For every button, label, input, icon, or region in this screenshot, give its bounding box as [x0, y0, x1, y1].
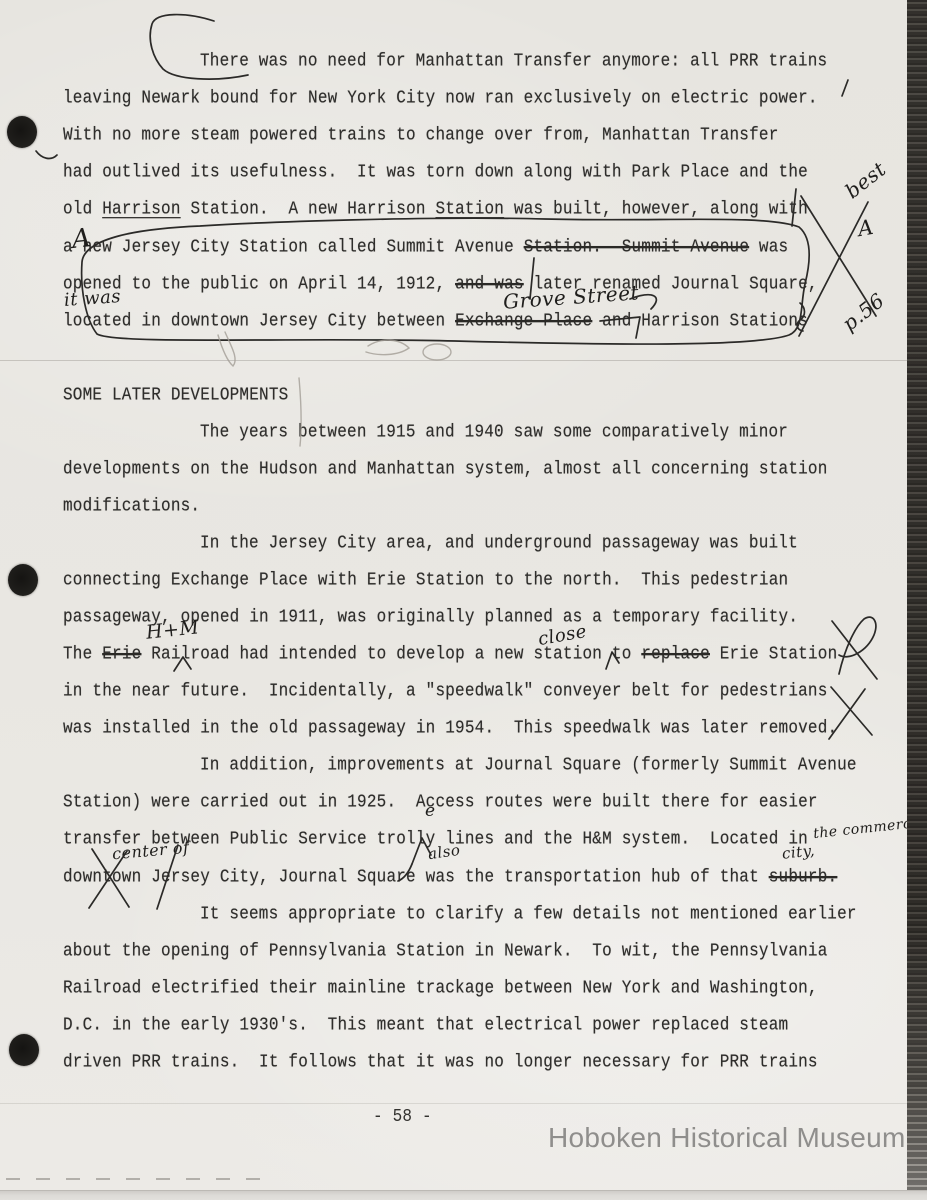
insertion-stroke-later [530, 258, 534, 299]
slash-through-downtown [157, 845, 178, 909]
scan-edge-right [907, 0, 927, 1200]
margin-tick [792, 189, 796, 226]
margin-loop-slash [832, 621, 877, 679]
caret-after-station [606, 652, 619, 669]
smudge-blob [366, 340, 409, 354]
small-oval-mark [423, 344, 451, 360]
pencil-stroke-after-heading [299, 378, 301, 446]
circled-paragraph-loop [82, 218, 810, 344]
caret-under-erie [174, 657, 191, 671]
grove-street-flourish [630, 295, 656, 309]
stray-tick-mark [842, 80, 848, 96]
watermark-text: Hoboken Historical Museum [548, 1122, 906, 1154]
margin-x-large [799, 202, 868, 336]
margin-loop-mark [839, 617, 876, 674]
hole-punch-tail [36, 151, 57, 158]
scan-edge-bottom [0, 1190, 927, 1200]
margin-x-small [829, 689, 865, 739]
paragraph-bracket-mark [150, 15, 248, 79]
mark-under-place [600, 317, 640, 338]
smudge-blob [218, 332, 235, 366]
caret-under-trolly [412, 838, 431, 864]
scanned-manuscript-page: There was no need for Manhattan Transfer… [0, 0, 927, 1200]
handwritten-marks-layer [0, 0, 927, 1200]
x-over-downtown [89, 851, 127, 908]
margin-x-large [801, 196, 876, 316]
page-number: - 58 - [373, 1106, 432, 1127]
caret-tail [398, 864, 412, 881]
